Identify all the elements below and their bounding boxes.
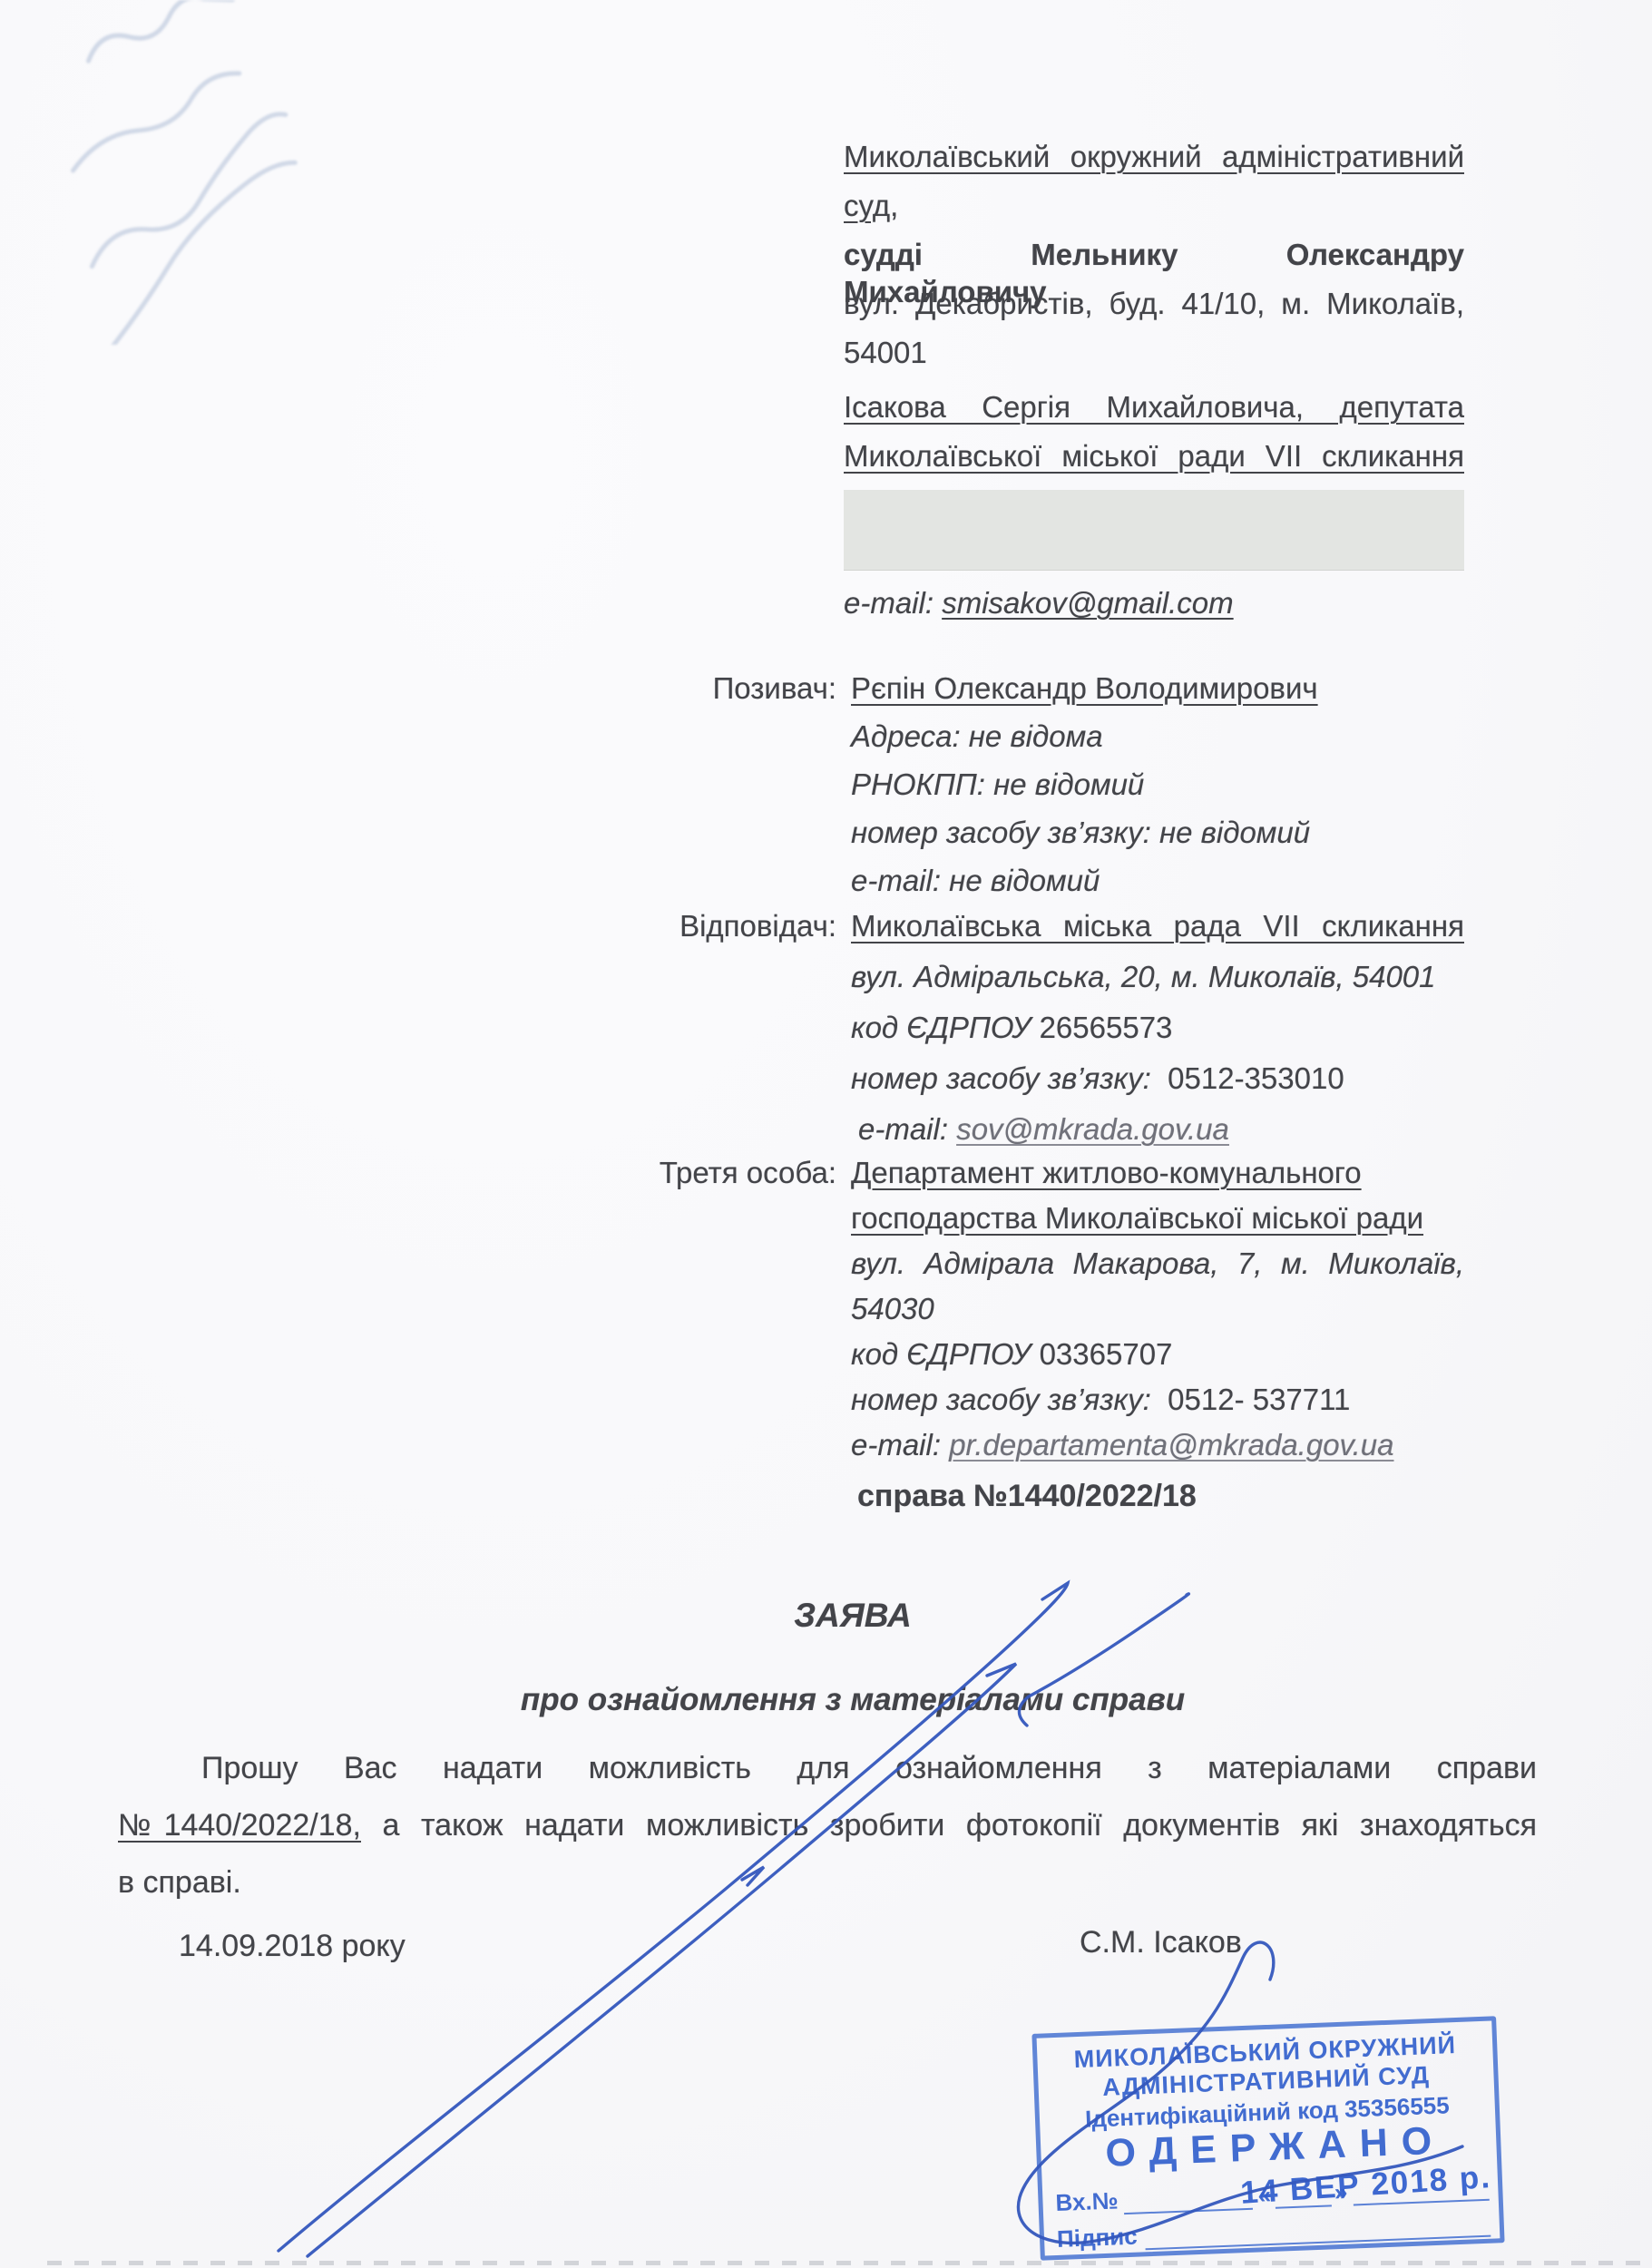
scanned-document-page: Миколаївський окружний адміністративний … bbox=[0, 0, 1652, 2268]
scan-edge-artifact bbox=[47, 2261, 1647, 2265]
signature-ink bbox=[0, 0, 1652, 2268]
